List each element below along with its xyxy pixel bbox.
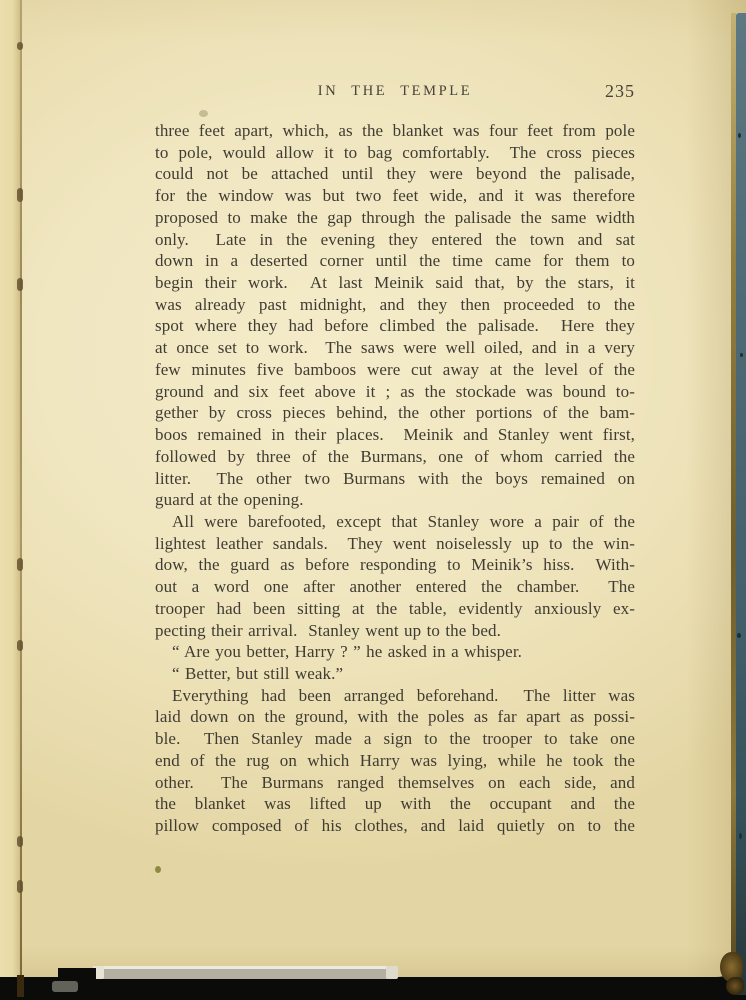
text-line: litter. The other two Burmans with the b…: [155, 468, 635, 490]
text-line: All were barefooted, except that Stanley…: [155, 511, 635, 533]
text-line: down in a deserted corner until the time…: [155, 250, 635, 272]
under-pages-cap-right: [386, 966, 398, 979]
text-line: trooper had been sitting at the table, e…: [155, 598, 635, 620]
text-line: guard at the opening.: [155, 489, 635, 511]
paper-speck: [155, 866, 161, 873]
text-line: for the window was but two feet wide, an…: [155, 185, 635, 207]
book-photo: IN THE TEMPLE 235 three feet apart, whic…: [0, 0, 746, 1000]
text-line: begin their work. At last Meinik said th…: [155, 272, 635, 294]
text-line: pecting their arrival. Stanley went up t…: [155, 620, 635, 642]
text-line: three feet apart, which, as the blanket …: [155, 120, 635, 142]
text-line: Everything had been arranged beforehand.…: [155, 685, 635, 707]
text-line: gether by cross pieces behind, the other…: [155, 402, 635, 424]
text-line: end of the rug on which Harry was lying,…: [155, 750, 635, 772]
cover-fleck: [738, 133, 741, 138]
text-line: “ Are you better, Harry ? ” he asked in …: [155, 641, 635, 663]
body-text: three feet apart, which, as the blanket …: [155, 120, 635, 837]
book-cover-edge: [736, 13, 746, 995]
text-line: spot where they had before climbed the p…: [155, 315, 635, 337]
paper-shading-top: [0, 0, 746, 70]
stitch-mark: [17, 188, 23, 202]
cover-fleck: [737, 633, 741, 638]
text-line: proposed to make the gap through the pal…: [155, 207, 635, 229]
stitch-mark: [17, 558, 23, 571]
running-title: IN THE TEMPLE: [155, 83, 635, 100]
corner-stain: [726, 977, 744, 995]
text-line: could not be attached until they were be…: [155, 163, 635, 185]
gutter-shadow-tail: [17, 975, 24, 997]
text-line: at once set to work. The saws were well …: [155, 337, 635, 359]
stitch-mark: [17, 640, 23, 651]
text-line: dow, the guard as before responding to M…: [155, 554, 635, 576]
text-line: to pole, would allow it to bag comfortab…: [155, 142, 635, 164]
stitch-mark: [17, 836, 23, 847]
text-line: other. The Burmans ranged themselves on …: [155, 772, 635, 794]
text-line: ground and six feet above it ; as the st…: [155, 381, 635, 403]
text-line: followed by three of the Burmans, one of…: [155, 446, 635, 468]
under-pages-edge: [93, 966, 392, 979]
text-line: was already past midnight, and they then…: [155, 294, 635, 316]
gutter-crease-line: [20, 0, 22, 977]
bottom-smudge: [52, 981, 78, 992]
page-header: IN THE TEMPLE 235: [155, 83, 635, 101]
paper-speck: [199, 110, 208, 117]
shadow-notch: [58, 968, 96, 980]
stitch-mark: [17, 880, 23, 893]
page-number: 235: [605, 81, 635, 102]
gutter-page-edge: [0, 0, 21, 977]
text-line: ble. Then Stanley made a sign to the tro…: [155, 728, 635, 750]
text-line: only. Late in the evening they entered t…: [155, 229, 635, 251]
text-line: boos remained in their places. Meinik an…: [155, 424, 635, 446]
cover-fleck: [740, 353, 743, 357]
text-line: “ Better, but still weak.”: [155, 663, 635, 685]
text-line: pillow composed of his clothes, and laid…: [155, 815, 635, 837]
text-line: lightest leather sandals. They went nois…: [155, 533, 635, 555]
text-line: few minutes five bamboos were cut away a…: [155, 359, 635, 381]
text-line: the blanket was lifted up with the occup…: [155, 793, 635, 815]
stitch-mark: [17, 278, 23, 291]
cover-fleck: [739, 833, 742, 839]
under-pages-highlight: [93, 966, 392, 969]
text-line: out a word one after another entered the…: [155, 576, 635, 598]
stitch-mark: [17, 42, 23, 50]
text-line: laid down on the ground, with the poles …: [155, 706, 635, 728]
